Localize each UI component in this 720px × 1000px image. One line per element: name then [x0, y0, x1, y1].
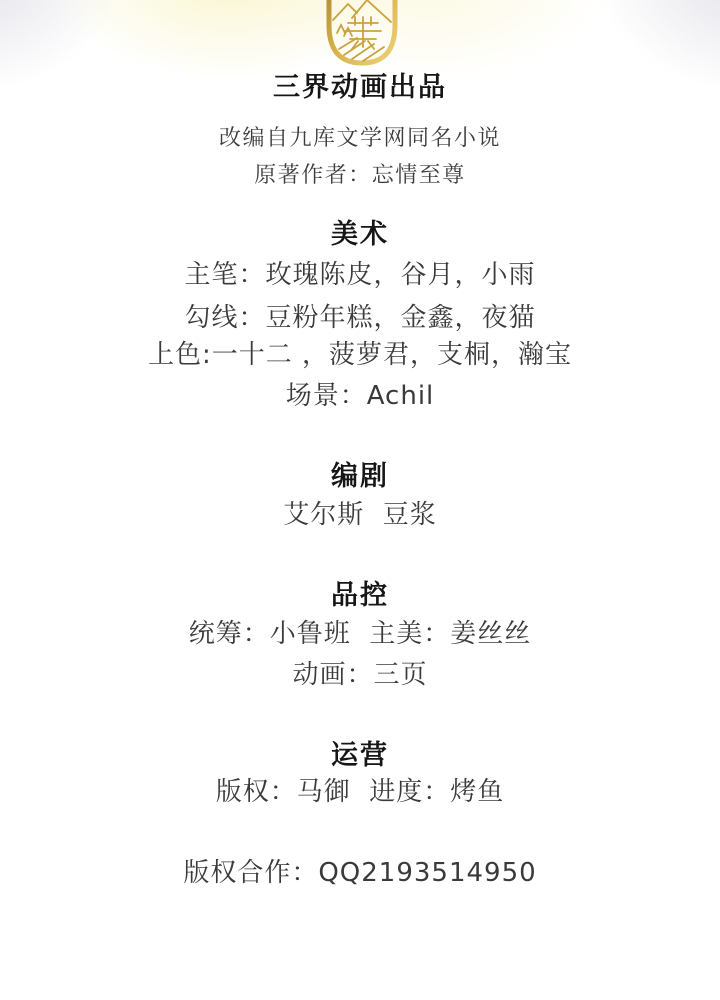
credit-line-scenes: 场景：Achil — [0, 381, 720, 412]
copyright-contact: 版权合作：QQ2193514950 — [0, 858, 720, 889]
credit-line-lead-artists: 主笔：玫瑰陈皮，谷月，小雨 — [0, 260, 720, 291]
credit-line-writers: 艾尔斯 豆浆 — [0, 500, 720, 531]
credit-line-animation: 动画：三页 — [0, 660, 720, 691]
section-title-operations: 运营 — [0, 740, 720, 772]
section-title-screenwriting: 编剧 — [0, 461, 720, 493]
credit-line-lineart: 勾线：豆粉年糕，金鑫，夜猫 — [0, 303, 720, 334]
section-title-quality-control: 品控 — [0, 580, 720, 612]
original-author-credit: 原著作者：忘情至尊 — [0, 163, 720, 189]
credit-line-copyright-progress: 版权：马御 进度：烤鱼 — [0, 777, 720, 808]
section-title-art: 美术 — [0, 219, 720, 251]
credit-line-coordination-leadart: 统筹：小鲁班 主美：姜丝丝 — [0, 619, 720, 650]
adaptation-note: 改编自九库文学网同名小说 — [0, 126, 720, 152]
studio-badge-icon — [322, 0, 402, 66]
credit-line-coloring: 上色:一十二 ，菠萝君，支桐，瀚宝 — [0, 340, 720, 371]
studio-logo — [322, 0, 402, 66]
credits-page: 三界动画出品 改编自九库文学网同名小说 原著作者：忘情至尊 美术 主笔：玫瑰陈皮… — [0, 0, 720, 1000]
studio-production-title: 三界动画出品 — [0, 72, 720, 104]
